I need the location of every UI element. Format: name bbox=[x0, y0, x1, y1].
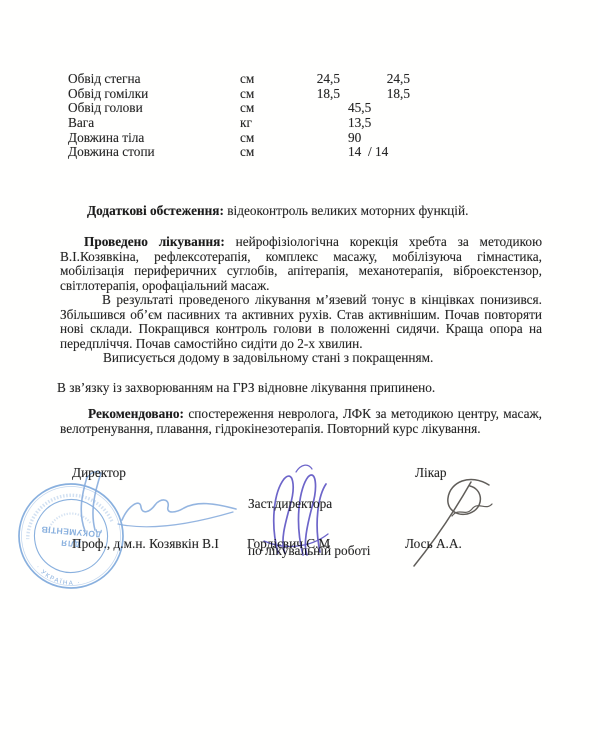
measure-label: Вага bbox=[68, 116, 94, 131]
table-row: Обвід стегна см 24,5 24,5 bbox=[68, 72, 488, 87]
measure-value-right: 24,5 bbox=[350, 72, 410, 87]
treatment-performed-paragraph: Проведено лікування: нейрофізіологічна к… bbox=[60, 235, 542, 293]
measurements-table: Обвід стегна см 24,5 24,5 Обвід гомілки … bbox=[68, 72, 488, 160]
stamp-ring-microtext bbox=[20, 487, 111, 539]
table-row: Обвід гомілки см 18,5 18,5 bbox=[68, 87, 488, 102]
table-row: Вага кг 13,5 bbox=[68, 116, 488, 131]
stamp-inner-microtext bbox=[45, 510, 91, 533]
measure-label: Обвід гомілки bbox=[68, 87, 148, 102]
measure-value-left: 24,5 bbox=[280, 72, 340, 87]
measure-unit: см bbox=[240, 87, 254, 102]
measure-unit: см bbox=[240, 72, 254, 87]
measure-label: Довжина стопи bbox=[68, 145, 155, 160]
director-signature bbox=[81, 472, 236, 531]
measure-value-center: 13,5 bbox=[348, 116, 371, 131]
measure-value-right: 18,5 bbox=[350, 87, 410, 102]
deputy-director-name: Гордієвич С.М bbox=[247, 536, 330, 552]
measure-label: Довжина тіла bbox=[68, 131, 144, 146]
measure-label: Обвід стегна bbox=[68, 72, 141, 87]
stamp-ring-text-path: · УКРАЇНА · bbox=[34, 556, 82, 594]
director-name: Проф., д.м.н. Козявкін В.І bbox=[72, 536, 219, 552]
table-row: Обвід голови см 45,5 bbox=[68, 101, 488, 116]
additional-examinations-label: Додаткові обстеження: bbox=[87, 203, 224, 218]
measure-value-left: 18,5 bbox=[280, 87, 340, 102]
additional-examinations-paragraph: Додаткові обстеження: відеоконтроль вели… bbox=[60, 204, 542, 219]
measure-value-center: 90 bbox=[348, 131, 361, 146]
deputy-director-role-label: Заст.директора по лікувальній роботі bbox=[248, 465, 428, 589]
treatment-stopped-line: В зв’язку із захворюванням на ГРЗ віднов… bbox=[57, 381, 539, 396]
additional-examinations-text: відеоконтроль великих моторних функцій. bbox=[224, 203, 468, 218]
measure-unit: см bbox=[240, 101, 254, 116]
scanned-medical-discharge-document: Обвід стегна см 24,5 24,5 Обвід гомілки … bbox=[0, 0, 598, 750]
measure-value-center: 45,5 bbox=[348, 101, 371, 116]
measure-unit: см bbox=[240, 145, 254, 160]
measure-unit: см bbox=[240, 131, 254, 146]
doctor-role-label: Лікар bbox=[415, 465, 447, 481]
measure-value-center: 14 / 14 bbox=[348, 145, 388, 160]
measure-label: Обвід голови bbox=[68, 101, 143, 116]
discharge-statement-line: Виписується додому в задовільному стані … bbox=[60, 351, 542, 366]
director-role-label: Директор bbox=[72, 465, 126, 481]
deputy-director-role-line1: Заст.директора bbox=[248, 496, 428, 512]
stamp-ring-text: · УКРАЇНА · bbox=[34, 556, 82, 594]
recommendations-paragraph: Рекомендовано: спостереження невролога, … bbox=[60, 407, 542, 436]
table-row: Довжина стопи см 14 / 14 bbox=[68, 145, 488, 160]
doctor-name: Лось А.А. bbox=[405, 536, 462, 552]
measure-unit: кг bbox=[240, 116, 252, 131]
table-row: Довжина тіла см 90 bbox=[68, 131, 488, 146]
recommendations-label: Рекомендовано: bbox=[88, 406, 184, 421]
treatment-results-paragraph: В результаті проведеного лікування м’язе… bbox=[60, 293, 542, 351]
treatment-performed-label: Проведено лікування: bbox=[84, 234, 225, 249]
